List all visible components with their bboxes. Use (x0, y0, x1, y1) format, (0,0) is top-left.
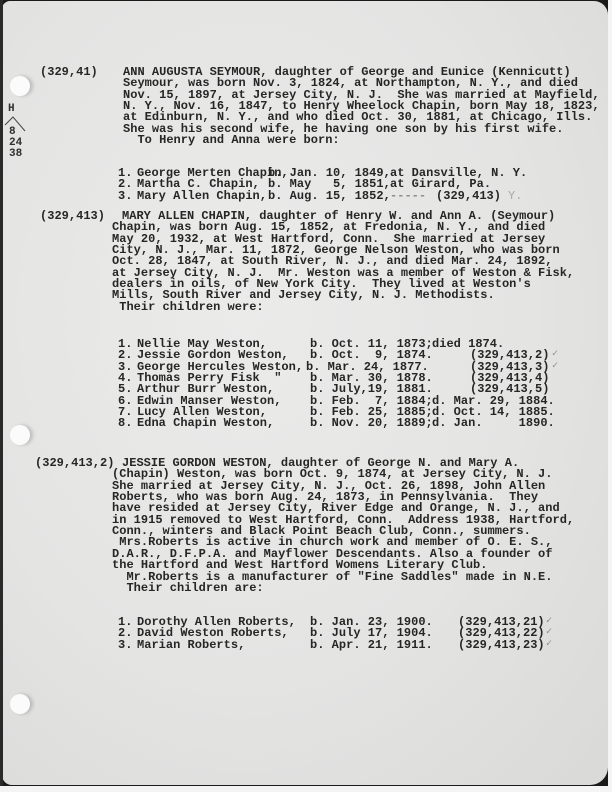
record-reference: (329,41) (40, 66, 98, 78)
paragraph-line: To Henry and Anna were born: (123, 134, 340, 146)
punch-hole-top (10, 76, 30, 96)
paragraph-line: Their children were: (112, 301, 264, 313)
check-mark-icon: ✓ (552, 349, 558, 361)
margin-note-number: 38 (9, 149, 22, 160)
child-birth: b. Apr. 21, 1911. (310, 639, 433, 651)
punch-hole-bottom (10, 694, 30, 714)
check-mark-icon: ✓ (546, 627, 552, 639)
child-number: 3. (118, 639, 132, 651)
record-reference: (329,413,2) (35, 457, 114, 469)
struck-text: ----- (390, 190, 426, 202)
child-birth: b. Aug. 15, 1852, (268, 190, 391, 202)
record-reference: (329,413) (40, 210, 105, 222)
caret-mark-icon (3, 115, 29, 135)
margin-note-letter: H (8, 104, 15, 115)
check-mark-icon: ✓ (546, 639, 552, 651)
check-mark-icon: ✓ (546, 616, 552, 628)
child-note: d. Jan. 1890. (432, 417, 555, 429)
punch-hole-middle (10, 425, 30, 445)
pencil-mark: Y. (508, 190, 522, 202)
child-birth: b. Nov. 20, 1889; (310, 417, 433, 429)
child-reference: (329,413) (436, 190, 501, 202)
paragraph-line: Their children are: (112, 582, 264, 594)
page-edge-right (608, 0, 612, 792)
child-name: Edna Chapin Weston, (137, 417, 274, 429)
child-number: 8. (118, 417, 132, 429)
child-number: 3. (118, 190, 132, 202)
child-reference: (329,413,23) (458, 639, 545, 651)
page-edge-bottom (0, 786, 612, 792)
check-mark-icon: ✓ (552, 361, 558, 373)
child-name: Marian Roberts, (137, 639, 245, 651)
child-name: Mary Allen Chapin, (137, 190, 267, 202)
